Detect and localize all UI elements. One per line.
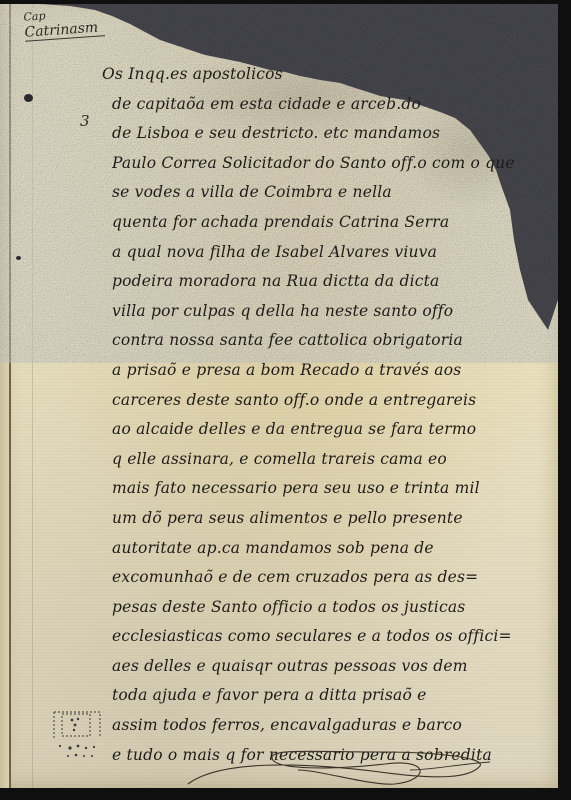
- text-line: podeira moradora na Rua dictta da dicta: [112, 267, 552, 297]
- text-line: aes delles e quaisqr outras pessoas vos …: [112, 652, 552, 682]
- text-line: villa por culpas q della ha neste santo …: [112, 297, 552, 327]
- text-line: a prisaõ e presa a bom Recado a través a…: [112, 356, 552, 386]
- text-line: mais fato necessario pera seu uso e trin…: [112, 474, 552, 504]
- text-line: assim todos ferros, encavalgaduras e bar…: [112, 711, 552, 741]
- ink-blot: [16, 256, 21, 260]
- binding-strip: [0, 0, 11, 788]
- text-line: ao alcaide delles e da entregua se fara …: [112, 415, 552, 445]
- gutter-line: [32, 0, 33, 788]
- ink-blot: [24, 94, 33, 102]
- text-line: contra nossa santa fee cattolica obrigat…: [112, 326, 552, 356]
- manuscript-body: Os Inqq.es apostolicos de capitaõa em es…: [112, 60, 552, 770]
- signature-flourish: [180, 740, 500, 790]
- text-line: autoritate ap.ca mandamos sob pena de: [112, 534, 552, 564]
- text-line: Os Inqq.es apostolicos: [102, 60, 552, 90]
- text-line: carceres deste santo off.o onde a entreg…: [112, 386, 552, 416]
- text-line: Paulo Correa Solicitador do Santo off.o …: [112, 149, 552, 179]
- margin-note: Cap Catrinasm: [23, 3, 105, 41]
- margin-note-line1: Cap: [23, 9, 46, 24]
- archive-stamp-icon: [50, 708, 106, 768]
- text-line: ecclesiasticas como seculares e a todos …: [112, 622, 552, 652]
- text-line: pesas deste Santo officio a todos os jus…: [112, 593, 552, 623]
- folio-number: 3: [80, 112, 90, 130]
- text-line: um dõ pera seus alimentos e pello presen…: [112, 504, 552, 534]
- text-line: excomunhaõ e de cem cruzados pera as des…: [112, 563, 552, 593]
- text-line: se vodes a villa de Coimbra e nella: [112, 178, 552, 208]
- text-line: a qual nova filha de Isabel Alvares viuv…: [112, 238, 552, 268]
- text-line: toda ajuda e favor pera a ditta prisaõ e: [112, 681, 552, 711]
- text-line: de Lisboa e seu destricto. etc mandamos: [112, 119, 552, 149]
- text-line: quenta for achada prendais Catrina Serra: [112, 208, 552, 238]
- text-line: q elle assinara, e comella trareis cama …: [112, 445, 552, 475]
- text-line: de capitaõa em esta cidade e arceb.do: [112, 90, 552, 120]
